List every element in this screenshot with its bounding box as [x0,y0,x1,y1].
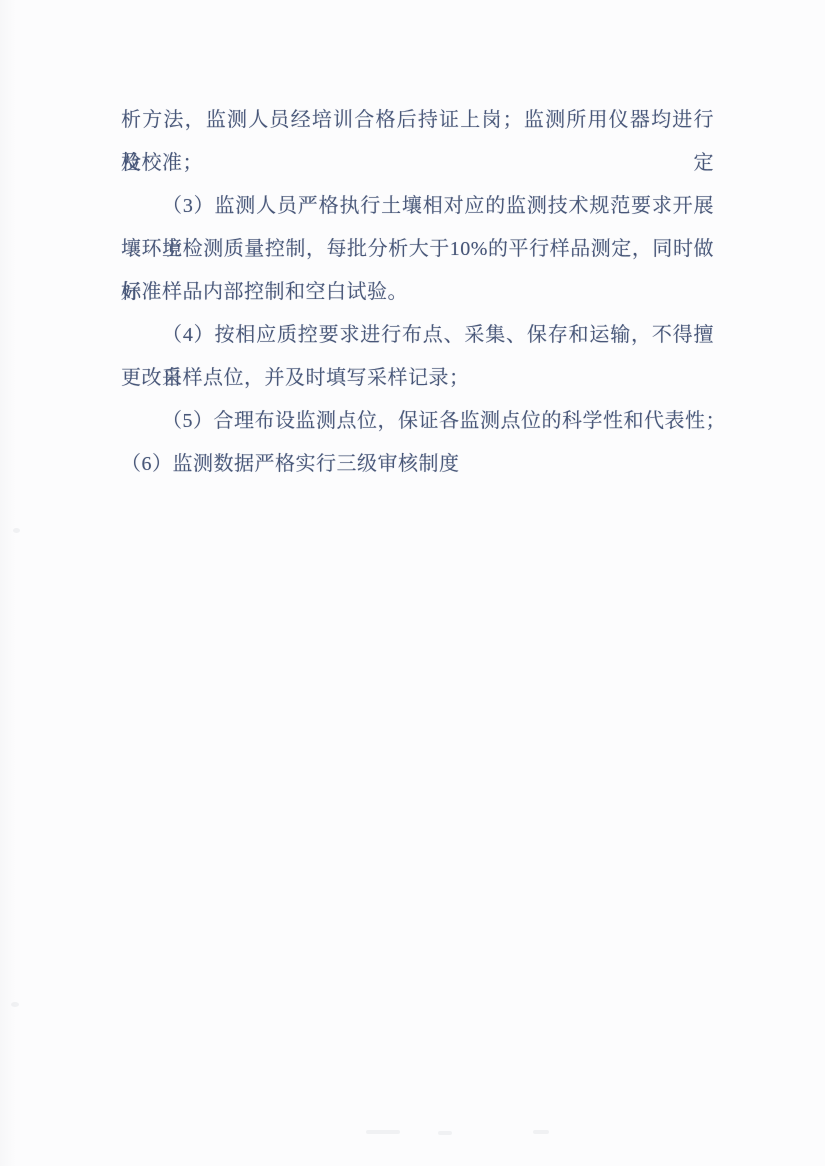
text-line: （6）监测数据严格实行三级审核制度 [121,443,714,486]
text-line: 标准样品内部控制和空白试验。 [121,271,714,314]
scan-artifact [11,1002,19,1007]
document-page: 析方法，监测人员经培训合格后持证上岗；监测所用仪器均进行检定及校准；（3）监测人… [0,0,825,1166]
text-line: （4）按相应质控要求进行布点、采集、保存和运输，不得擅自 [121,314,714,357]
scan-artifact [13,528,20,533]
scan-artifact [366,1130,400,1134]
scan-artifact [533,1130,549,1134]
text-line: （3）监测人员严格执行土壤相对应的监测技术规范要求开展土 [121,185,714,228]
text-line: （5）合理布设监测点位，保证各监测点位的科学性和代表性； [121,400,714,443]
scan-artifact [438,1131,452,1135]
text-line: 析方法，监测人员经培训合格后持证上岗；监测所用仪器均进行检定 [121,99,714,142]
document-body: 析方法，监测人员经培训合格后持证上岗；监测所用仪器均进行检定及校准；（3）监测人… [121,99,714,486]
text-line: 更改采样点位，并及时填写采样记录； [121,357,714,400]
scan-edge-shadow [0,0,16,1166]
text-line: 壤环境检测质量控制，每批分析大于10%的平行样品测定，同时做好 [121,228,714,271]
